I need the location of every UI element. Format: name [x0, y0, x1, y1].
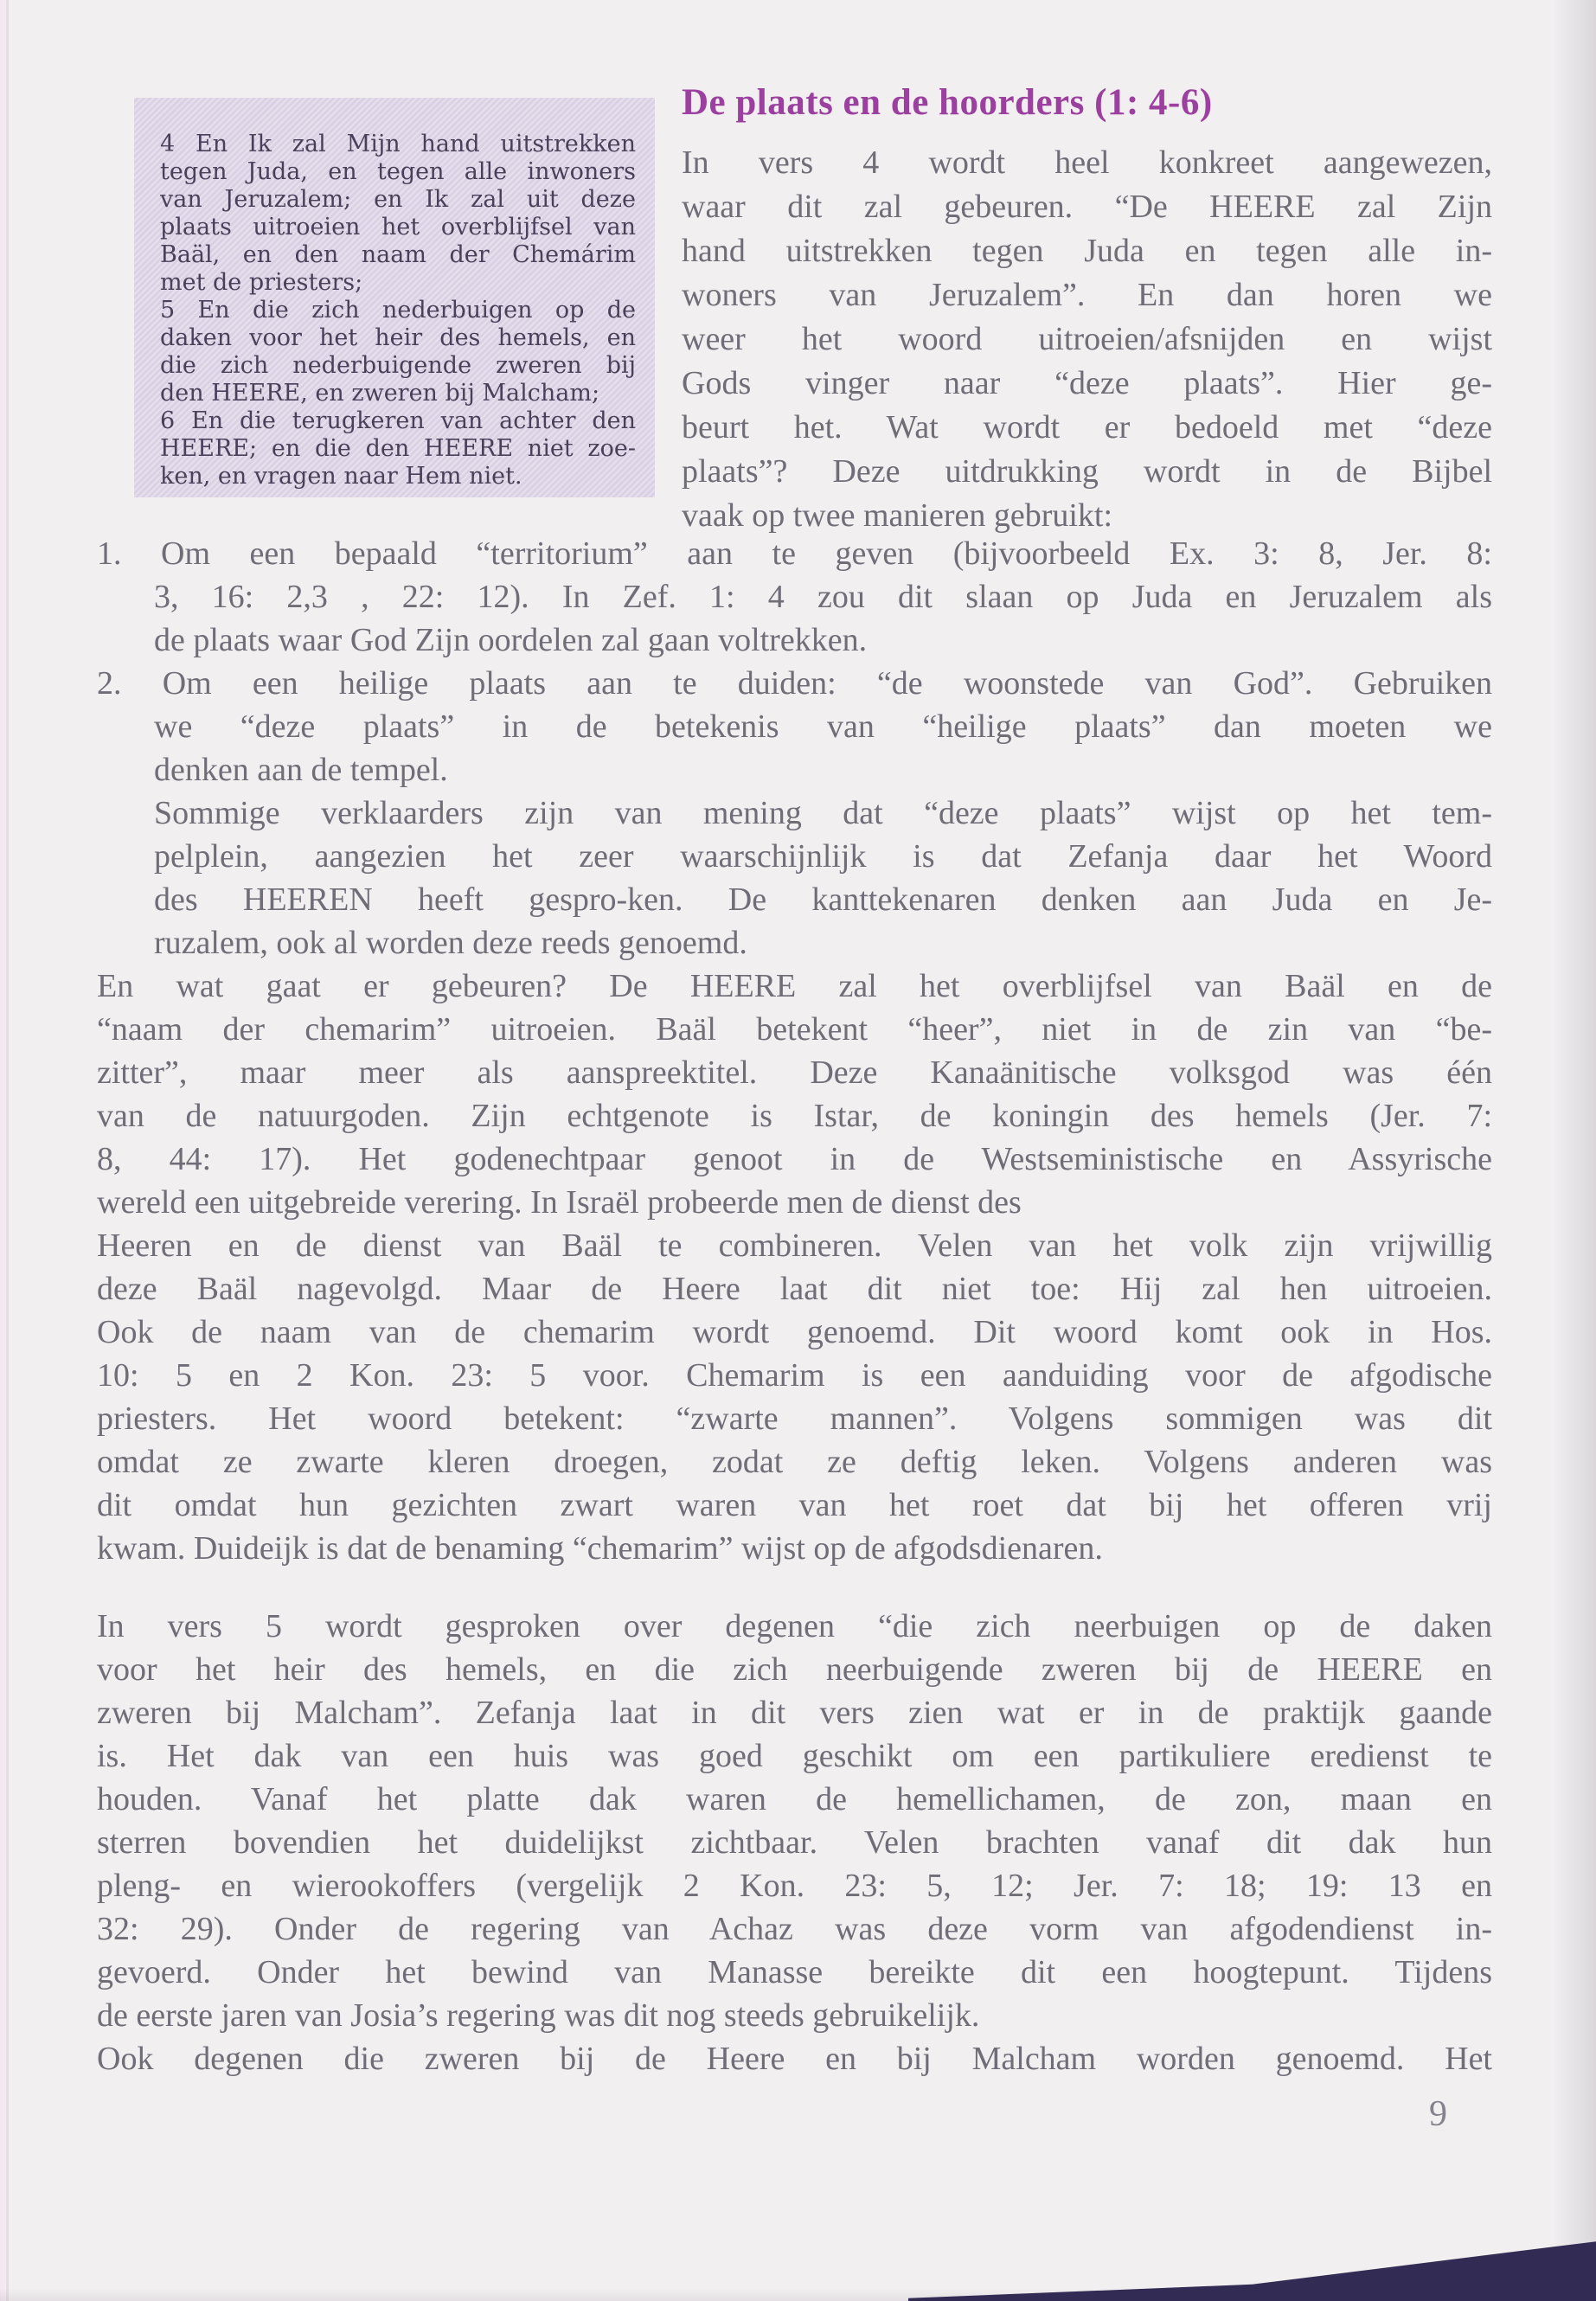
verse-line: 6 En die terugkeren van achter den [160, 407, 636, 435]
verse-line: plaats uitroeien het overblijfsel van [160, 214, 636, 241]
body-line: 1. Om een bepaald “territorium” aan te g… [97, 532, 1492, 575]
intro-line: waar dit zal gebeuren. “De HEERE zal Zij… [682, 185, 1492, 229]
body-line: omdat ze zwarte kleren droegen, zodat ze… [97, 1440, 1492, 1484]
verse-line: Baäl, en den naam der Chemárim [160, 241, 636, 269]
body-line: gevoerd. Onder het bewind van Manasse be… [97, 1951, 1492, 1994]
body-line: pleng- en wierookoffers (vergelijk 2 Kon… [97, 1864, 1492, 1907]
intro-line: Gods vinger naar “deze plaats”. Hier ge- [682, 362, 1492, 406]
body-line: Sommige verklaarders zijn van mening dat… [154, 792, 1492, 835]
body-line: de eerste jaren van Josia’s regering was… [97, 1994, 1492, 2037]
body-line: zitter”, maar meer als aanspreektitel. D… [97, 1051, 1492, 1094]
body-line: 8, 44: 17). Het godenechtpaar genoot in … [97, 1138, 1492, 1181]
verse-line: den HEERE, en zweren bij Malcham; [160, 380, 636, 407]
body-text-block-2: In vers 5 wordt gesproken over degenen “… [97, 1605, 1492, 2080]
body-line: wereld een uitgebreide verering. In Isra… [97, 1181, 1492, 1224]
body-line: zweren bij Malcham”. Zefanja laat in dit… [97, 1691, 1492, 1734]
body-line: Ook de naam van de chemarim wordt genoem… [97, 1311, 1492, 1354]
verse-line: HEERE; en die den HEERE niet zoe- [160, 435, 636, 463]
body-line: dit omdat hun gezichten zwart waren van … [97, 1484, 1492, 1527]
verse-line: met de priesters; [160, 269, 636, 297]
body-line: des HEEREN heeft gespro-ken. De kantteke… [154, 878, 1492, 921]
page-left-seam [6, 0, 9, 2301]
verse-line: tegen Juda, en tegen alle inwoners [160, 158, 636, 186]
verse-line: van Jeruzalem; en Ik zal uit deze [160, 186, 636, 214]
body-line: de plaats waar God Zijn oordelen zal gaa… [154, 619, 1492, 662]
body-line: ruzalem, ook al worden deze reeds genoem… [154, 921, 1492, 965]
section-heading: De plaats en de hoorders (1: 4-6) [682, 83, 1213, 123]
verse-line: 4 En Ik zal Mijn hand uitstrekken [160, 131, 636, 158]
intro-line: beurt het. Wat wordt er bedoeld met “dez… [682, 406, 1492, 450]
body-line: kwam. Duideijk is dat de benaming “chema… [97, 1527, 1492, 1570]
body-line: priesters. Het woord betekent: “zwarte m… [97, 1397, 1492, 1440]
scanned-book-page: 4 En Ik zal Mijn hand uitstrekkentegen J… [0, 0, 1596, 2301]
body-line: pelplein, aangezien het zeer waarschijnl… [154, 835, 1492, 878]
intro-line: hand uitstrekken tegen Juda en tegen all… [682, 229, 1492, 273]
body-line: Heeren en de dienst van Baäl te combiner… [97, 1224, 1492, 1267]
body-line: In vers 5 wordt gesproken over degenen “… [97, 1605, 1492, 1648]
body-line: van de natuurgoden. Zijn echtgenote is I… [97, 1094, 1492, 1138]
body-line: “naam der chemarim” uitroeien. Baäl bete… [97, 1008, 1492, 1051]
intro-line: weer het woord uitroeien/afsnijden en wi… [682, 317, 1492, 362]
body-line: Ook degenen die zweren bij de Heere en b… [97, 2037, 1492, 2080]
body-line: voor het heir des hemels, en die zich ne… [97, 1648, 1492, 1691]
scripture-quote-box: 4 En Ik zal Mijn hand uitstrekkentegen J… [134, 98, 655, 497]
intro-line: woners van Jeruzalem”. En dan horen we [682, 273, 1492, 317]
body-line: is. Het dak van een huis was goed geschi… [97, 1734, 1492, 1778]
body-line: denken aan de tempel. [154, 748, 1492, 792]
verse-line: die zich nederbuigende zweren bij [160, 352, 636, 380]
body-line: 10: 5 en 2 Kon. 23: 5 voor. Chemarim is … [97, 1354, 1492, 1397]
intro-line: In vers 4 wordt heel konkreet aangewezen… [682, 141, 1492, 185]
body-line: 2. Om een heilige plaats aan te duiden: … [97, 662, 1492, 705]
body-line: sterren bovendien het duidelijkst zichtb… [97, 1821, 1492, 1864]
body-line: deze Baäl nagevolgd. Maar de Heere laat … [97, 1267, 1492, 1311]
intro-column: In vers 4 wordt heel konkreet aangewezen… [682, 141, 1492, 538]
page-number: 9 [1429, 2093, 1447, 2135]
body-line: we “deze plaats” in de betekenis van “he… [154, 705, 1492, 748]
body-line: houden. Vanaf het platte dak waren de he… [97, 1778, 1492, 1821]
body-text-block-1: 1. Om een bepaald “territorium” aan te g… [97, 532, 1492, 1570]
body-line: En wat gaat er gebeuren? De HEERE zal he… [97, 965, 1492, 1008]
body-line: 32: 29). Onder de regering van Achaz was… [97, 1907, 1492, 1951]
intro-line: plaats”? Deze uitdrukking wordt in de Bi… [682, 450, 1492, 494]
scripture-quote-text: 4 En Ik zal Mijn hand uitstrekkentegen J… [160, 131, 636, 490]
verse-line: 5 En die zich nederbuigen op de [160, 297, 636, 324]
verse-line: ken, en vragen naar Hem niet. [160, 463, 636, 490]
page-left-edge [0, 0, 10, 2301]
verse-line: daken voor het heir des hemels, en [160, 324, 636, 352]
scan-right-edge [1553, 0, 1596, 2301]
body-line: 3, 16: 2,3 , 22: 12). In Zef. 1: 4 zou d… [154, 575, 1492, 619]
